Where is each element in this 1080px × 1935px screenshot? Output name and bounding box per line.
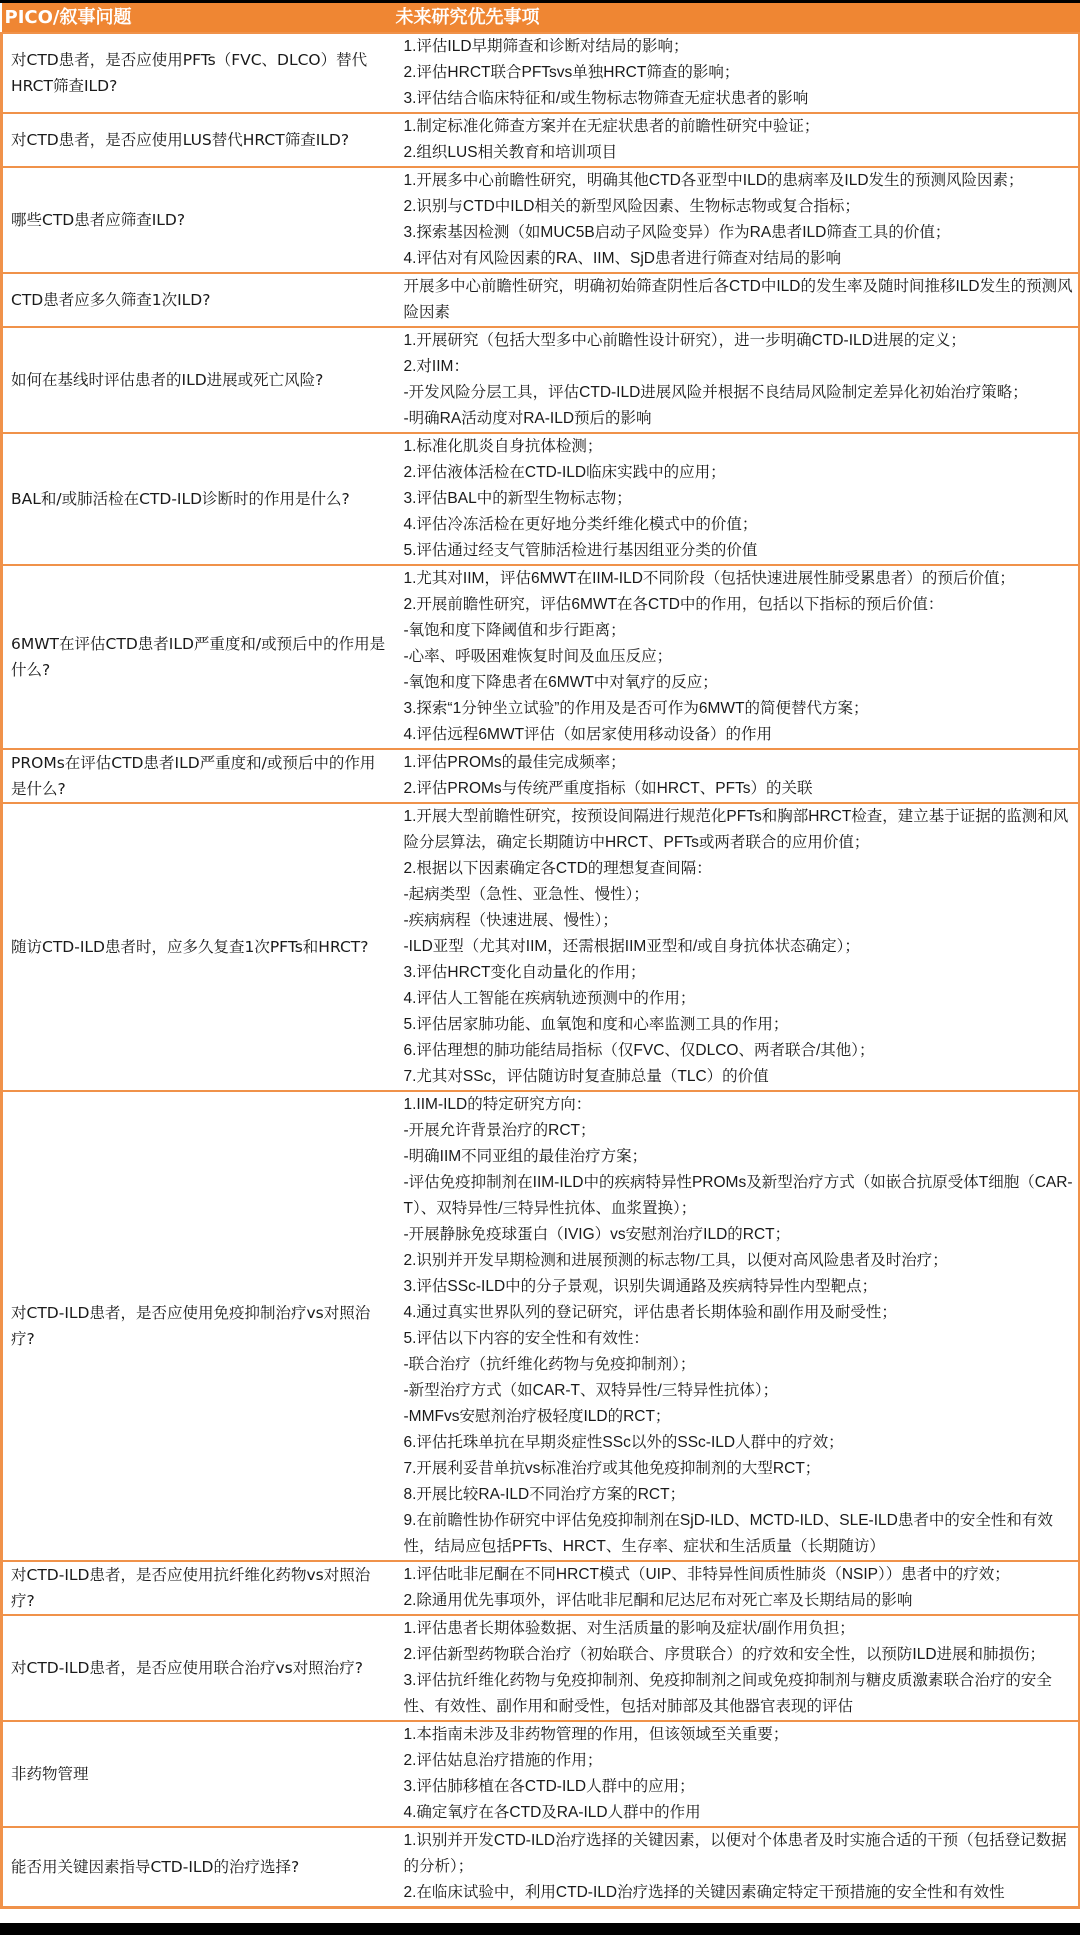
table-row: 哪些CTD患者应筛查ILD?1.开展多中心前瞻性研究，明确其他CTD各亚型中IL… — [2, 167, 1080, 273]
priority-item: 4.评估远程6MWT评估（如居家使用移动设备）的作用 — [404, 722, 1077, 748]
table-row: 非药物管理1.本指南未涉及非药物管理的作用，但该领域至关重要；2.评估姑息治疗措… — [2, 1721, 1080, 1827]
pico-question-cell: 非药物管理 — [2, 1721, 392, 1827]
priority-item: 2.评估PROMs与传统严重度指标（如HRCT、PFTs）的关联 — [404, 776, 1077, 802]
priority-item: -MMFvs安慰剂治疗极轻度ILD的RCT； — [404, 1404, 1077, 1430]
priority-item: 1.本指南未涉及非药物管理的作用，但该领域至关重要； — [404, 1722, 1077, 1748]
pico-question-cell: 如何在基线时评估患者的ILD进展或死亡风险? — [2, 327, 392, 433]
table-row: CTD患者应多久筛查1次ILD?开展多中心前瞻性研究，明确初始筛查阴性后各CTD… — [2, 273, 1080, 327]
table-row: 随访CTD-ILD患者时，应多久复查1次PFTs和HRCT?1.开展大型前瞻性研… — [2, 803, 1080, 1091]
priority-item: -疾病病程（快速进展、慢性）； — [404, 908, 1077, 934]
priority-item: 5.评估通过经支气管肺活检进行基因组亚分类的价值 — [404, 538, 1077, 564]
priority-item: 2.根据以下因素确定各CTD的理想复查间隔： — [404, 856, 1077, 882]
priority-item: 8.开展比较RA-ILD不同治疗方案的RCT； — [404, 1482, 1077, 1508]
priority-item: 3.探索“1分钟坐立试验”的作用及是否可作为6MWT的简便替代方案； — [404, 696, 1077, 722]
priority-item: -明确IIM不同亚组的最佳治疗方案； — [404, 1144, 1077, 1170]
priority-item: -ILD亚型（尤其对IIM，还需根据IIM亚型和/或自身抗体状态确定）； — [404, 934, 1077, 960]
priority-item: 3.评估抗纤维化药物与免疫抑制剂、免疫抑制剂之间或免疫抑制剂与糖皮质激素联合治疗… — [404, 1668, 1077, 1720]
research-priorities-cell: 1.开展大型前瞻性研究，按预设间隔进行规范化PFTs和胸部HRCT检查，建立基于… — [392, 803, 1080, 1091]
table-body: 对CTD患者，是否应使用PFTs（FVC、DLCO）替代HRCT筛查ILD?1.… — [2, 33, 1080, 1908]
pico-question-cell: 哪些CTD患者应筛查ILD? — [2, 167, 392, 273]
priority-item: 1.开展大型前瞻性研究，按预设间隔进行规范化PFTs和胸部HRCT检查，建立基于… — [404, 804, 1077, 856]
priority-item: 1.评估患者长期体验数据、对生活质量的影响及症状/副作用负担； — [404, 1616, 1077, 1642]
priority-item: -开展允许背景治疗的RCT； — [404, 1118, 1077, 1144]
table-row: 对CTD-ILD患者，是否应使用免疫抑制治疗vs对照治疗?1.IIM-ILD的特… — [2, 1091, 1080, 1561]
priority-item: 6.评估理想的肺功能结局指标（仅FVC、仅DLCO、两者联合/其他）； — [404, 1038, 1077, 1064]
pico-question-cell: 6MWT在评估CTD患者ILD严重度和/或预后中的作用是什么? — [2, 565, 392, 749]
research-priorities-cell: 1.制定标准化筛查方案并在无症状患者的前瞻性研究中验证；2.组织LUS相关教育和… — [392, 113, 1080, 167]
pico-question-cell: CTD患者应多久筛查1次ILD? — [2, 273, 392, 327]
priority-item: 4.通过真实世界队列的登记研究，评估患者长期体验和副作用及耐受性； — [404, 1300, 1077, 1326]
priority-item: -起病类型（急性、亚急性、慢性）； — [404, 882, 1077, 908]
priority-item: 3.评估结合临床特征和/或生物标志物筛查无症状患者的影响 — [404, 86, 1077, 112]
research-priorities-cell: 1.开展研究（包括大型多中心前瞻性设计研究），进一步明确CTD-ILD进展的定义… — [392, 327, 1080, 433]
table-row: BAL和/或肺活检在CTD-ILD诊断时的作用是什么?1.标准化肌炎自身抗体检测… — [2, 433, 1080, 565]
table-row: 能否用关键因素指导CTD-ILD的治疗选择?1.识别并开发CTD-ILD治疗选择… — [2, 1827, 1080, 1908]
priority-item: 4.评估对有风险因素的RA、IIM、SjD患者进行筛查对结局的影响 — [404, 246, 1077, 272]
research-priorities-cell: 1.开展多中心前瞻性研究，明确其他CTD各亚型中ILD的患病率及ILD发生的预测… — [392, 167, 1080, 273]
priority-item: 4.评估冷冻活检在更好地分类纤维化模式中的价值； — [404, 512, 1077, 538]
priority-item: 1.标准化肌炎自身抗体检测； — [404, 434, 1077, 460]
research-priorities-cell: 1.本指南未涉及非药物管理的作用，但该领域至关重要；2.评估姑息治疗措施的作用；… — [392, 1721, 1080, 1827]
pico-question-cell: PROMs在评估CTD患者ILD严重度和/或预后中的作用是什么? — [2, 749, 392, 803]
table-row: 对CTD患者，是否应使用LUS替代HRCT筛查ILD?1.制定标准化筛查方案并在… — [2, 113, 1080, 167]
priority-item: 3.评估肺移植在各CTD-ILD人群中的应用； — [404, 1774, 1077, 1800]
priority-item: 2.识别与CTD中ILD相关的新型风险因素、生物标志物或复合指标； — [404, 194, 1077, 220]
priority-item: 2.在临床试验中，利用CTD-ILD治疗选择的关键因素确定特定干预措施的安全性和… — [404, 1880, 1077, 1906]
table-row: PROMs在评估CTD患者ILD严重度和/或预后中的作用是什么?1.评估PROM… — [2, 749, 1080, 803]
priority-item: -心率、呼吸困难恢复时间及血压反应； — [404, 644, 1077, 670]
pico-question-cell: 对CTD-ILD患者，是否应使用抗纤维化药物vs对照治疗? — [2, 1561, 392, 1615]
priority-item: 5.评估居家肺功能、血氧饱和度和心率监测工具的作用； — [404, 1012, 1077, 1038]
priority-item: 1.制定标准化筛查方案并在无症状患者的前瞻性研究中验证； — [404, 114, 1077, 140]
document-page: PICO/叙事问题 未来研究优先事项 对CTD患者，是否应使用PFTs（FVC、… — [0, 3, 1080, 1923]
research-priorities-cell: 1.评估吡非尼酮在不同HRCT模式（UIP、非特异性间质性肺炎（NSIP））患者… — [392, 1561, 1080, 1615]
priority-item: 9.在前瞻性协作研究中评估免疫抑制剂在SjD-ILD、MCTD-ILD、SLE-… — [404, 1508, 1077, 1560]
priority-item: -开展静脉免疫球蛋白（IVIG）vs安慰剂治疗ILD的RCT； — [404, 1222, 1077, 1248]
pico-question-cell: 随访CTD-ILD患者时，应多久复查1次PFTs和HRCT? — [2, 803, 392, 1091]
priority-item: -新型治疗方式（如CAR-T、双特异性/三特异性抗体）； — [404, 1378, 1077, 1404]
priority-item: 2.组织LUS相关教育和培训项目 — [404, 140, 1077, 166]
priority-item: 开展多中心前瞻性研究，明确初始筛查阴性后各CTD中ILD的发生率及随时间推移IL… — [404, 274, 1077, 326]
priority-item: 4.评估人工智能在疾病轨迹预测中的作用； — [404, 986, 1077, 1012]
pico-question-cell: BAL和/或肺活检在CTD-ILD诊断时的作用是什么? — [2, 433, 392, 565]
table-row: 对CTD-ILD患者，是否应使用抗纤维化药物vs对照治疗?1.评估吡非尼酮在不同… — [2, 1561, 1080, 1615]
research-priorities-cell: 开展多中心前瞻性研究，明确初始筛查阴性后各CTD中ILD的发生率及随时间推移IL… — [392, 273, 1080, 327]
header-research-priorities: 未来研究优先事项 — [392, 3, 1080, 33]
priority-item: 1.开展多中心前瞻性研究，明确其他CTD各亚型中ILD的患病率及ILD发生的预测… — [404, 168, 1077, 194]
pico-question-cell: 对CTD-ILD患者，是否应使用免疫抑制治疗vs对照治疗? — [2, 1091, 392, 1561]
table-header-row: PICO/叙事问题 未来研究优先事项 — [2, 3, 1080, 33]
priority-item: 4.确定氧疗在各CTD及RA-ILD人群中的作用 — [404, 1800, 1077, 1826]
research-priorities-cell: 1.标准化肌炎自身抗体检测；2.评估液体活检在CTD-ILD临床实践中的应用；3… — [392, 433, 1080, 565]
pico-question-cell: 对CTD患者，是否应使用PFTs（FVC、DLCO）替代HRCT筛查ILD? — [2, 33, 392, 113]
priority-item: 2.评估HRCT联合PFTsvs单独HRCT筛查的影响； — [404, 60, 1077, 86]
priority-item: 3.评估BAL中的新型生物标志物； — [404, 486, 1077, 512]
priority-item: 7.开展利妥昔单抗vs标准治疗或其他免疫抑制剂的大型RCT； — [404, 1456, 1077, 1482]
priority-item: 2.识别并开发早期检测和进展预测的标志物/工具，以便对高风险患者及时治疗； — [404, 1248, 1077, 1274]
pico-question-cell: 对CTD患者，是否应使用LUS替代HRCT筛查ILD? — [2, 113, 392, 167]
priority-item: -评估免疫抑制剂在IIM-ILD中的疾病特异性PROMs及新型治疗方式（如嵌合抗… — [404, 1170, 1077, 1222]
header-pico-question: PICO/叙事问题 — [2, 3, 392, 33]
research-priorities-cell: 1.评估ILD早期筛查和诊断对结局的影响；2.评估HRCT联合PFTsvs单独H… — [392, 33, 1080, 113]
priority-item: 7.尤其对SSc，评估随访时复查肺总量（TLC）的价值 — [404, 1064, 1077, 1090]
research-priorities-cell: 1.IIM-ILD的特定研究方向：-开展允许背景治疗的RCT；-明确IIM不同亚… — [392, 1091, 1080, 1561]
priority-item: 3.评估SSc-ILD中的分子景观，识别失调通路及疾病特异性内型靶点； — [404, 1274, 1077, 1300]
priority-item: -氧饱和度下降阈值和步行距离； — [404, 618, 1077, 644]
table-row: 6MWT在评估CTD患者ILD严重度和/或预后中的作用是什么?1.尤其对IIM，… — [2, 565, 1080, 749]
priority-item: 1.评估ILD早期筛查和诊断对结局的影响； — [404, 34, 1077, 60]
priority-item: 2.评估液体活检在CTD-ILD临床实践中的应用； — [404, 460, 1077, 486]
pico-question-cell: 对CTD-ILD患者，是否应使用联合治疗vs对照治疗? — [2, 1615, 392, 1721]
priority-item: -联合治疗（抗纤维化药物与免疫抑制剂）； — [404, 1352, 1077, 1378]
priority-item: -氧饱和度下降患者在6MWT中对氧疗的反应； — [404, 670, 1077, 696]
priority-item: 2.评估新型药物联合治疗（初始联合、序贯联合）的疗效和安全性，以预防ILD进展和… — [404, 1642, 1077, 1668]
table-row: 对CTD-ILD患者，是否应使用联合治疗vs对照治疗?1.评估患者长期体验数据、… — [2, 1615, 1080, 1721]
priority-item: 1.尤其对IIM，评估6MWT在IIM-ILD不同阶段（包括快速进展性肺受累患者… — [404, 566, 1077, 592]
research-priorities-table: PICO/叙事问题 未来研究优先事项 对CTD患者，是否应使用PFTs（FVC、… — [0, 3, 1080, 1909]
pico-question-cell: 能否用关键因素指导CTD-ILD的治疗选择? — [2, 1827, 392, 1908]
priority-item: 1.识别并开发CTD-ILD治疗选择的关键因素，以便对个体患者及时实施合适的干预… — [404, 1828, 1077, 1880]
priority-item: 1.评估吡非尼酮在不同HRCT模式（UIP、非特异性间质性肺炎（NSIP））患者… — [404, 1562, 1077, 1588]
priority-item: 3.评估HRCT变化自动量化的作用； — [404, 960, 1077, 986]
priority-item: 1.IIM-ILD的特定研究方向： — [404, 1092, 1077, 1118]
priority-item: 3.探索基因检测（如MUC5B启动子风险变异）作为RA患者ILD筛查工具的价值； — [404, 220, 1077, 246]
priority-item: 2.开展前瞻性研究，评估6MWT在各CTD中的作用，包括以下指标的预后价值： — [404, 592, 1077, 618]
research-priorities-cell: 1.识别并开发CTD-ILD治疗选择的关键因素，以便对个体患者及时实施合适的干预… — [392, 1827, 1080, 1908]
priority-item: 6.评估托珠单抗在早期炎症性SSc以外的SSc-ILD人群中的疗效； — [404, 1430, 1077, 1456]
priority-item: 5.评估以下内容的安全性和有效性： — [404, 1326, 1077, 1352]
priority-item: 1.评估PROMs的最佳完成频率； — [404, 750, 1077, 776]
research-priorities-cell: 1.尤其对IIM，评估6MWT在IIM-ILD不同阶段（包括快速进展性肺受累患者… — [392, 565, 1080, 749]
priority-item: 2.对IIM： — [404, 354, 1077, 380]
priority-item: 1.开展研究（包括大型多中心前瞻性设计研究），进一步明确CTD-ILD进展的定义… — [404, 328, 1077, 354]
table-row: 对CTD患者，是否应使用PFTs（FVC、DLCO）替代HRCT筛查ILD?1.… — [2, 33, 1080, 113]
priority-item: -明确RA活动度对RA-ILD预后的影响 — [404, 406, 1077, 432]
research-priorities-cell: 1.评估PROMs的最佳完成频率；2.评估PROMs与传统严重度指标（如HRCT… — [392, 749, 1080, 803]
priority-item: 2.除通用优先事项外，评估吡非尼酮和尼达尼布对死亡率及长期结局的影响 — [404, 1588, 1077, 1614]
research-priorities-cell: 1.评估患者长期体验数据、对生活质量的影响及症状/副作用负担；2.评估新型药物联… — [392, 1615, 1080, 1721]
priority-item: -开发风险分层工具，评估CTD-ILD进展风险并根据不良结局风险制定差异化初始治… — [404, 380, 1077, 406]
priority-item: 2.评估姑息治疗措施的作用； — [404, 1748, 1077, 1774]
table-row: 如何在基线时评估患者的ILD进展或死亡风险?1.开展研究（包括大型多中心前瞻性设… — [2, 327, 1080, 433]
